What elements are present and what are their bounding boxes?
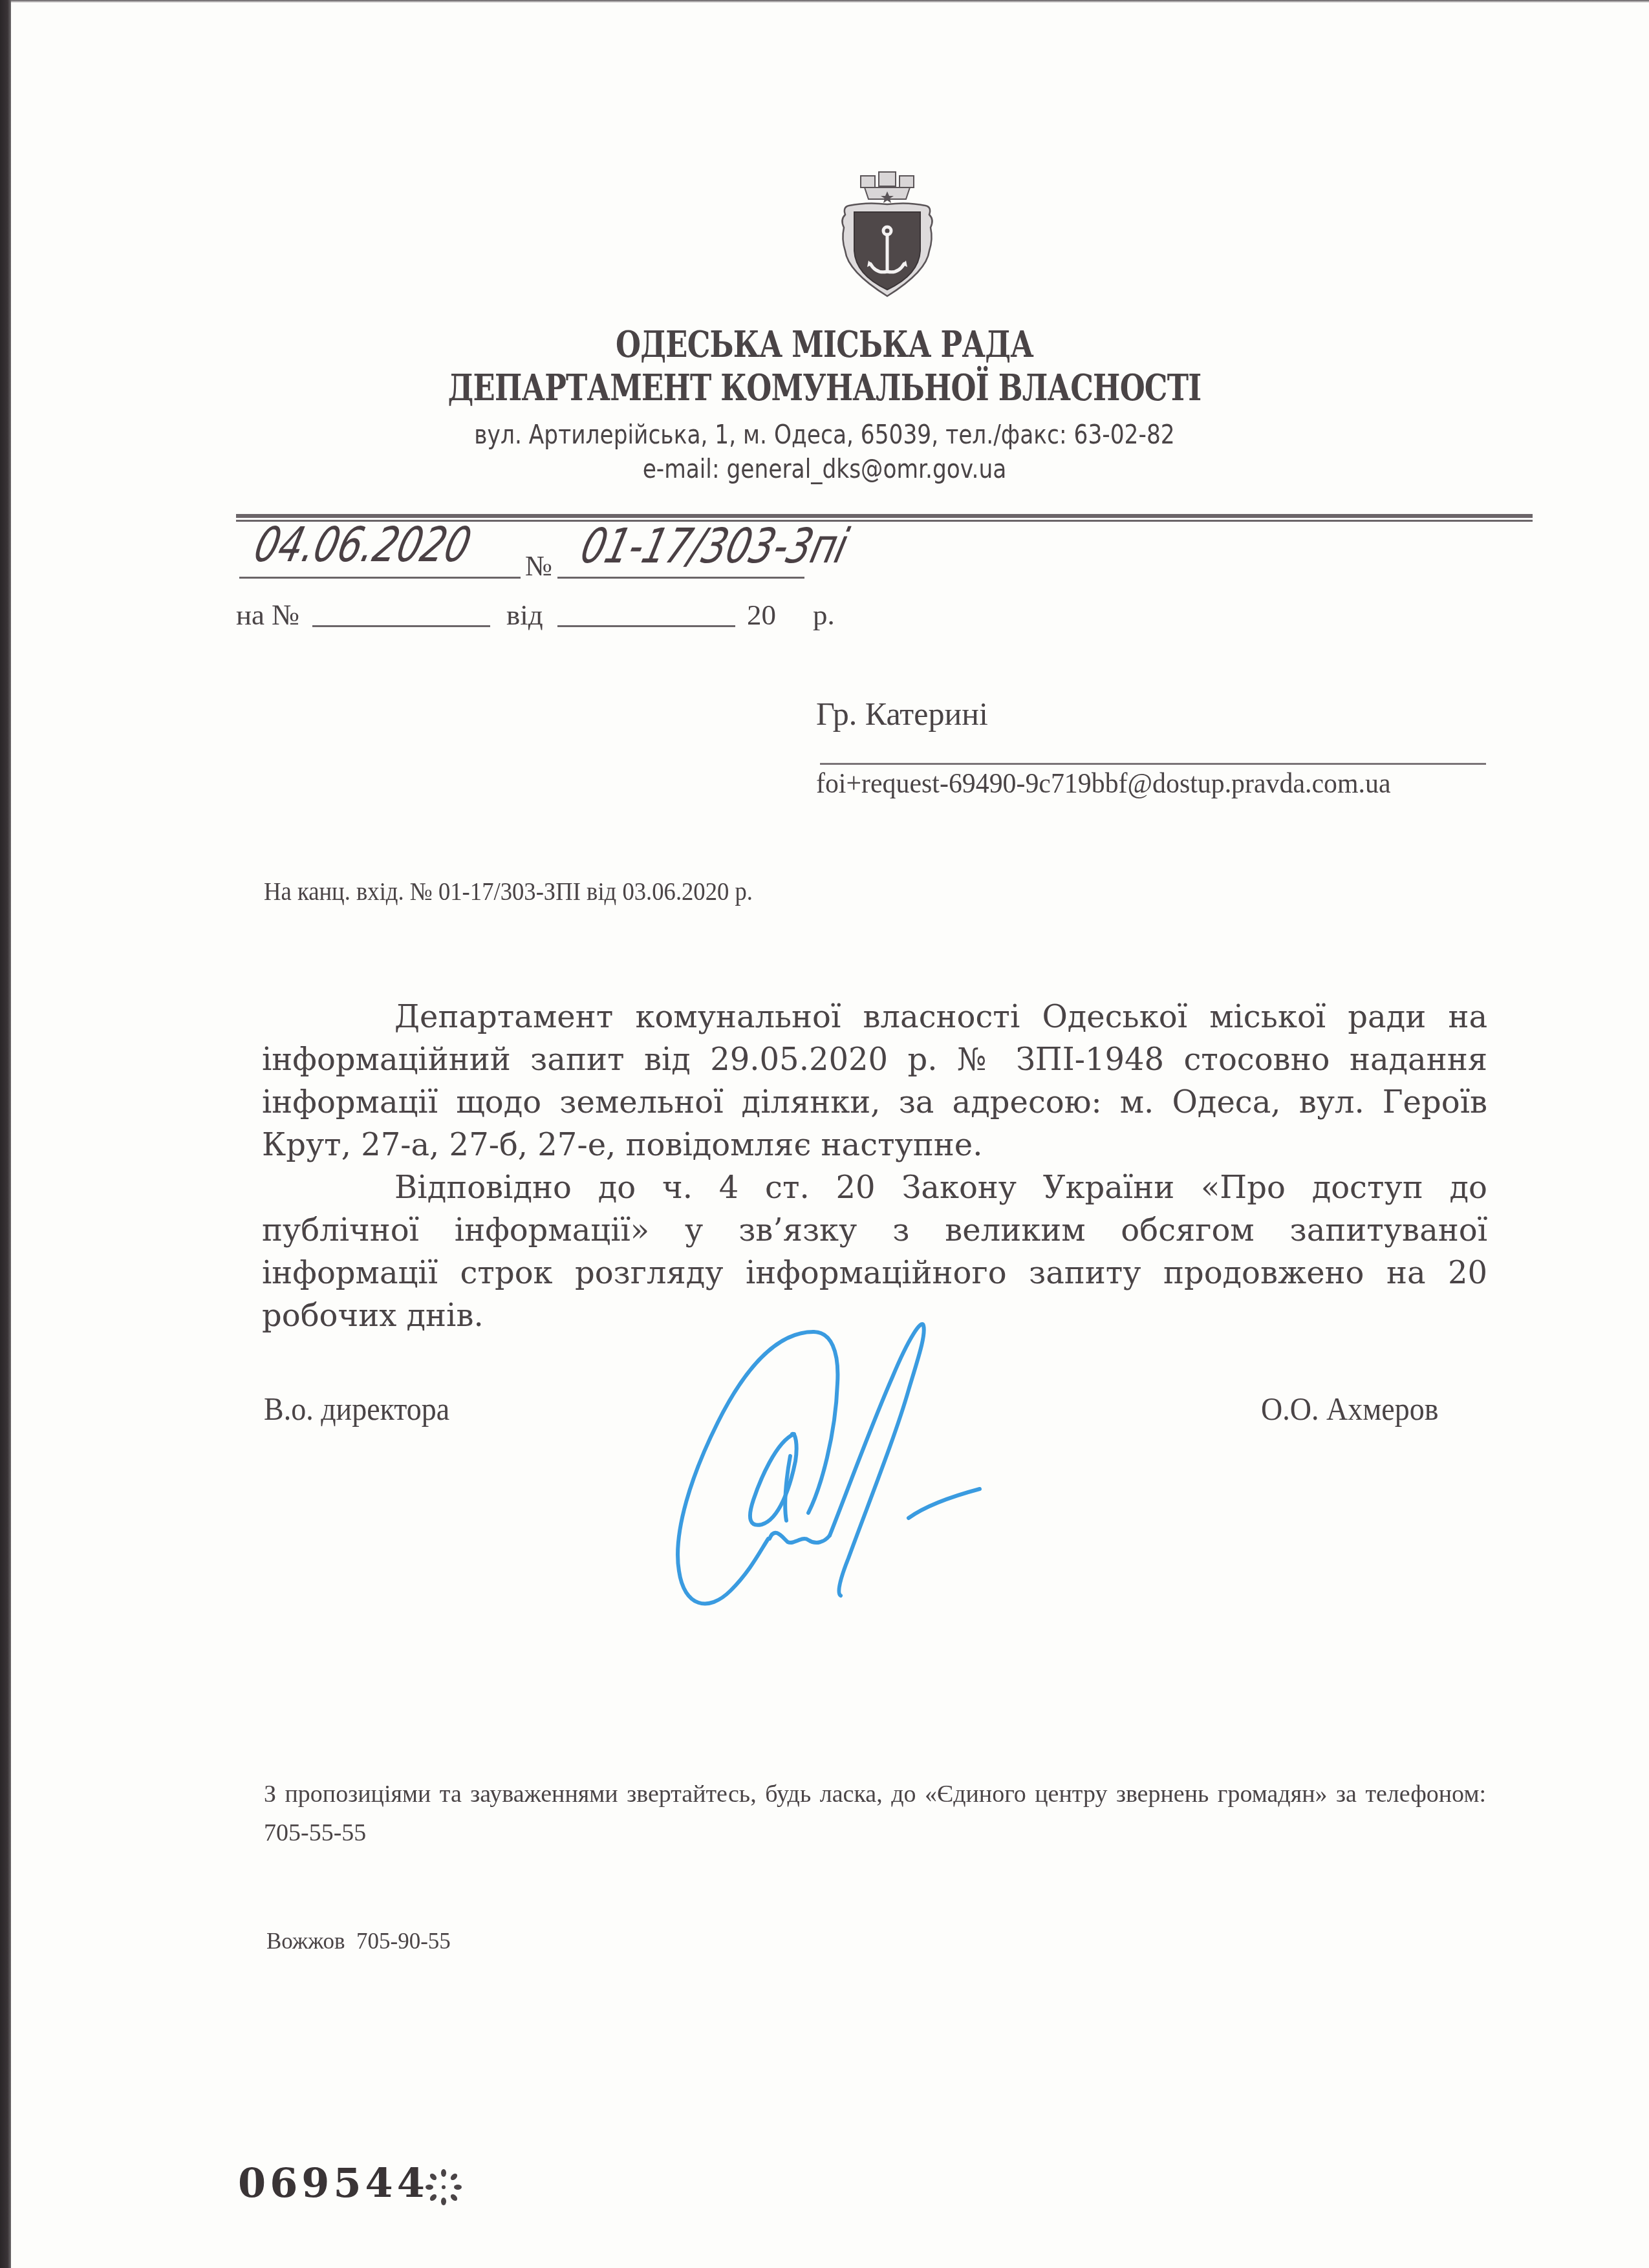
form-serial-number: 069544 [238, 2159, 429, 2207]
date-underline [239, 577, 521, 579]
number-label: № [525, 550, 552, 583]
addressee-email: foi+request-69490-9c719bbf@dostup.pravda… [816, 766, 1390, 800]
department-name: ДЕПАРТАМЕНТ КОМУНАЛЬНОЇ ВЛАСНОСТІ [165, 367, 1484, 409]
year-suffix: р. [813, 598, 835, 632]
paragraph-text: Департамент комунальної власності Одеськ… [262, 996, 1487, 1166]
signatory-name: О.О. Ахмеров [1261, 1390, 1438, 1428]
addressee-name: Гр. Катерині [816, 695, 988, 733]
on-number-blank [312, 625, 490, 627]
from-label: від [506, 598, 543, 632]
addressee-line [820, 763, 1486, 765]
body-paragraph-1: Департамент комунальної власності Одеськ… [262, 996, 1487, 1166]
year-prefix: 20 [747, 598, 776, 632]
outgoing-number: 01-17/303-3пі [576, 519, 854, 574]
number-underline [557, 577, 804, 579]
scan-edge-left [0, 0, 11, 2268]
org-email: e-mail: general_dks@omr.gov.ua [116, 455, 1534, 484]
org-address: вул. Артилерійська, 1, м. Одеса, 65039, … [116, 420, 1534, 450]
scan-edge-top [11, 0, 1649, 3]
outgoing-date: 04.06.2020 [249, 517, 477, 573]
handwritten-signature [647, 1287, 1099, 1623]
on-number-label: на № [236, 598, 299, 632]
incoming-registration: На канц. вхід. № 01-17/303-ЗПІ від 03.06… [264, 877, 753, 906]
executor-contact: Вожжов 705-90-55 [266, 1929, 451, 1954]
asterisk-stamp-icon [424, 2167, 464, 2207]
odesa-coat-of-arms-icon [836, 168, 938, 301]
footer-contact-note: З пропозиціями та зауваженнями звертайте… [264, 1775, 1486, 1852]
org-name: ОДЕСЬКА МІСЬКА РАДА [165, 323, 1484, 366]
from-date-blank [557, 625, 735, 627]
signatory-position: В.о. директора [264, 1390, 449, 1428]
